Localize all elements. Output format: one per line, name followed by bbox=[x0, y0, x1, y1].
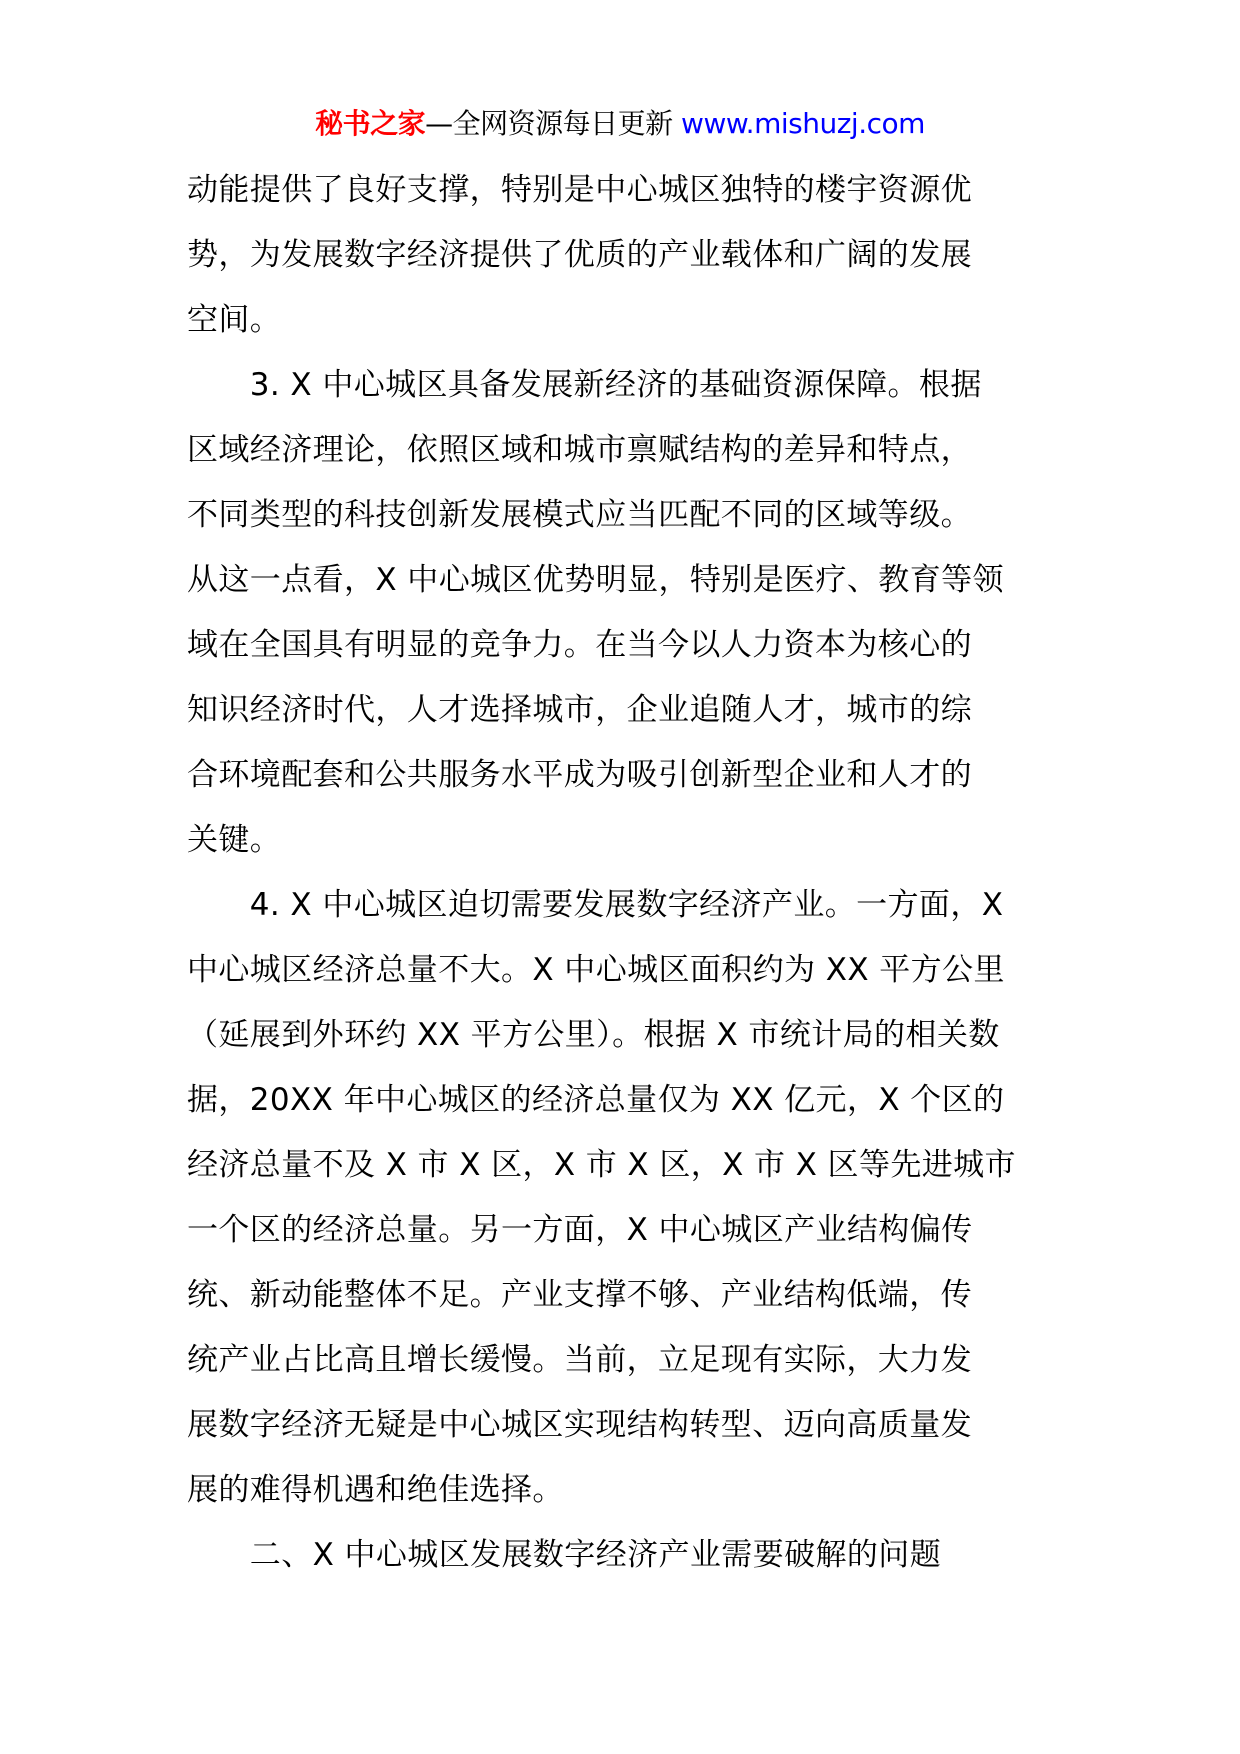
document-body: 动能提供了良好支撑，特别是中心城区独特的楼宇资源优 势，为发展数字经济提供了优质… bbox=[187, 158, 1067, 1588]
text-line: 统产业占比高且增长缓慢。当前，立足现有实际，大力发 bbox=[187, 1328, 1067, 1393]
header-url-link[interactable]: www.mishuzj.com bbox=[681, 107, 925, 140]
text-line: 据，20XX 年中心城区的经济总量仅为 XX 亿元，X 个区的 bbox=[187, 1068, 1067, 1133]
section-3-heading-line: 3. X 中心城区具备发展新经济的基础资源保障。根据 bbox=[187, 353, 1067, 418]
text-line: 展的难得机遇和绝佳选择。 bbox=[187, 1458, 1067, 1523]
section-4-heading-line: 4. X 中心城区迫切需要发展数字经济产业。一方面，X bbox=[187, 873, 1067, 938]
watermark-header: 秘书之家—全网资源每日更新 www.mishuzj.com bbox=[0, 104, 1240, 144]
section-heading-two: 二、X 中心城区发展数字经济产业需要破解的问题 bbox=[187, 1523, 1067, 1588]
header-tagline: —全网资源每日更新 bbox=[425, 107, 673, 140]
text-line: 空间。 bbox=[187, 288, 1067, 353]
text-line: 一个区的经济总量。另一方面，X 中心城区产业结构偏传 bbox=[187, 1198, 1067, 1263]
text-line: （延展到外环约 XX 平方公里）。根据 X 市统计局的相关数 bbox=[187, 1003, 1067, 1068]
text-line: 域在全国具有明显的竞争力。在当今以人力资本为核心的 bbox=[187, 613, 1067, 678]
text-line: 区域经济理论，依照区域和城市禀赋结构的差异和特点， bbox=[187, 418, 1067, 483]
text-line: 中心城区经济总量不大。X 中心城区面积约为 XX 平方公里 bbox=[187, 938, 1067, 1003]
text-line: 势，为发展数字经济提供了优质的产业载体和广阔的发展 bbox=[187, 223, 1067, 288]
text-line: 经济总量不及 X 市 X 区，X 市 X 区，X 市 X 区等先进城市 bbox=[187, 1133, 1067, 1198]
text-line: 动能提供了良好支撑，特别是中心城区独特的楼宇资源优 bbox=[187, 158, 1067, 223]
text-line: 统、新动能整体不足。产业支撑不够、产业结构低端，传 bbox=[187, 1263, 1067, 1328]
text-line: 从这一点看，X 中心城区优势明显，特别是医疗、教育等领 bbox=[187, 548, 1067, 613]
text-line: 不同类型的科技创新发展模式应当匹配不同的区域等级。 bbox=[187, 483, 1067, 548]
text-line: 知识经济时代，人才选择城市，企业追随人才，城市的综 bbox=[187, 678, 1067, 743]
text-line: 展数字经济无疑是中心城区实现结构转型、迈向高质量发 bbox=[187, 1393, 1067, 1458]
brand-name: 秘书之家 bbox=[315, 107, 425, 140]
text-line: 合环境配套和公共服务水平成为吸引创新型企业和人才的 bbox=[187, 743, 1067, 808]
text-line: 关键。 bbox=[187, 808, 1067, 873]
